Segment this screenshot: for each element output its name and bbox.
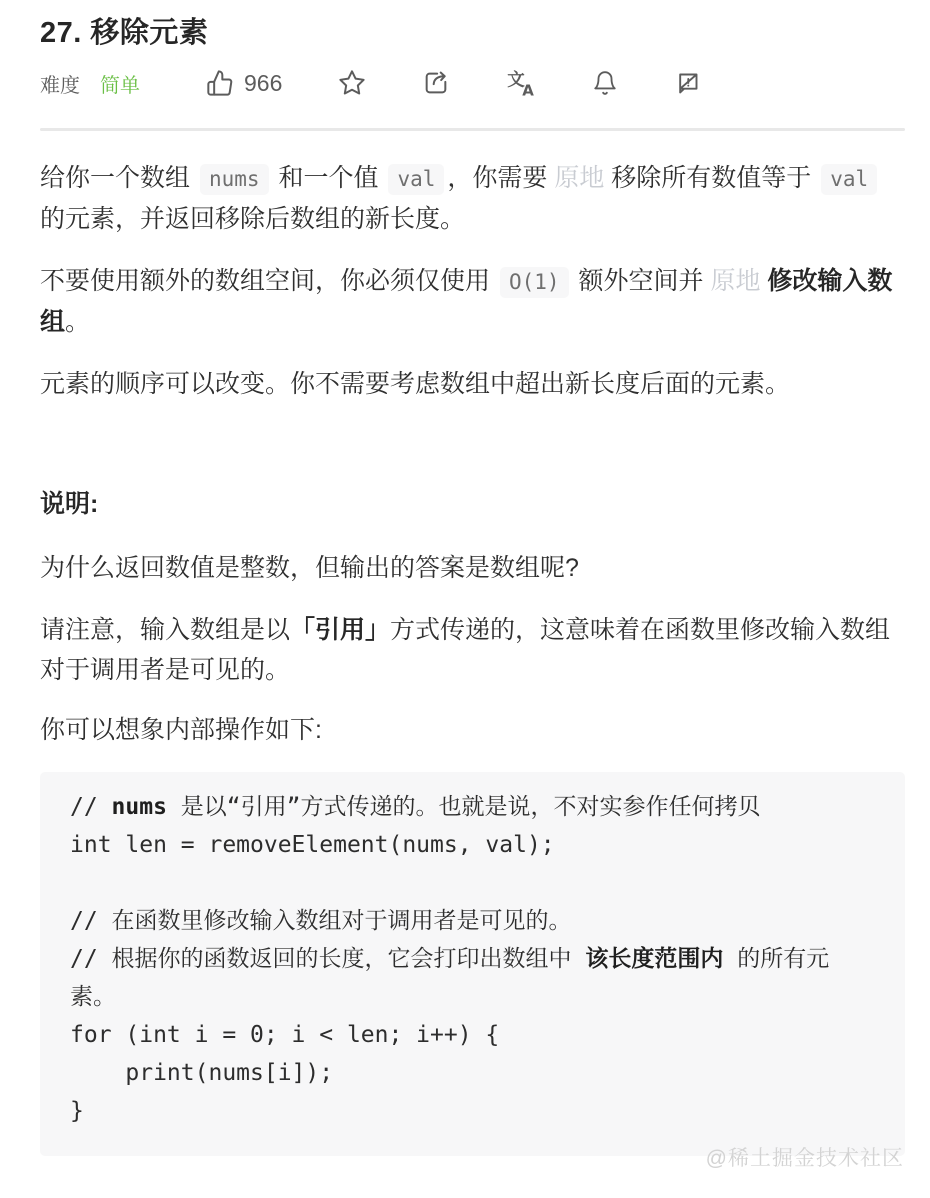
code-plain-text: print(nums[i]); [70,1060,333,1086]
divider [40,128,905,131]
like-count: 966 [244,70,282,97]
inline-code: O(1) [500,267,569,298]
code-plain-text: 是以“引用”方式传递的。也就是说，不对实参作任何拷贝 [167,794,761,820]
thumbs-up-icon [206,69,234,97]
inline-link[interactable]: 原地 [554,164,604,192]
code-line: int len = removeElement(nums, val); [70,826,873,864]
code-plain-text: int len = removeElement(nums, val); [70,832,555,858]
problem-page: 27. 移除元素 难度 简单 966 [0,10,930,1156]
difficulty-label: 难度 [40,69,80,98]
difficulty-badge: 简单 [100,69,140,98]
bell-icon [592,70,618,96]
translate-icon: 文 A [506,68,536,98]
star-icon [338,69,366,97]
favorite-button[interactable] [338,69,366,97]
code-bold-text: 该长度范围内 [585,946,723,972]
section-heading: 说明: [40,484,905,524]
bold-text: 「引用」 [290,616,390,644]
inline-link[interactable]: 原地 [710,267,760,295]
code-line: // nums 是以“引用”方式传递的。也就是说，不对实参作任何拷贝 [70,788,873,826]
code-line: } [70,1092,873,1130]
code-plain-text: for (int i = 0; i < len; i++) { [70,1022,499,1048]
paragraph-order-note: 元素的顺序可以改变。你不需要考虑数组中超出新长度后面的元素。 [40,364,905,404]
code-line: for (int i = 0; i < len; i++) { [70,1016,873,1054]
plain-text: 额外空间并 [572,267,711,295]
inline-code: val [821,164,877,195]
code-line: // 在函数里修改输入数组对于调用者是可见的。 [70,902,873,940]
plain-text: 给你一个数组 [40,164,197,192]
plain-text: 元素的顺序可以改变。你不需要考虑数组中超出新长度后面的元素。 [40,370,790,398]
plain-text: 和一个值 [272,164,386,192]
plain-text: ，你需要 [447,164,554,192]
plain-text: 请注意，输入数组是以 [40,616,290,644]
code-plain-text: } [70,1098,84,1124]
plain-text: 你可以想象内部操作如下: [40,716,322,744]
meta-toolbar: 难度 简单 966 [40,65,905,101]
code-bold-text: nums [112,794,167,820]
paragraph-statement: 给你一个数组 nums 和一个值 val，你需要 原地 移除所有数值等于 val… [40,158,905,239]
code-plain-text: // 根据你的函数返回的长度，它会打印出数组中 [70,946,585,972]
share-button[interactable] [422,69,450,97]
like-button[interactable]: 966 [206,69,282,97]
code-plain-text: // 在函数里修改输入数组对于调用者是可见的。 [70,908,572,934]
notification-button[interactable] [592,70,618,96]
plain-text: 移除所有数值等于 [604,164,818,192]
feedback-button[interactable] [674,70,701,97]
share-icon [422,69,450,97]
svg-text:A: A [523,82,535,99]
feedback-icon [674,70,701,97]
code-line: // 根据你的函数返回的长度，它会打印出数组中 该长度范围内 的所有元素。 [70,940,873,1016]
code-line [70,864,873,902]
paragraph-reference-note: 请注意，输入数组是以「引用」方式传递的，这意味着在函数里修改输入数组对于调用者是… [40,610,905,690]
plain-text: 不要使用额外的数组空间，你必须仅使用 [40,267,497,295]
problem-description: 给你一个数组 nums 和一个值 val，你需要 原地 移除所有数值等于 val… [40,158,905,1156]
plain-text: 的元素，并返回移除后数组的新长度。 [40,205,465,233]
watermark: @稀土掘金技术社区 [706,1142,904,1172]
paragraph-question: 为什么返回数值是整数，但输出的答案是数组呢? [40,548,905,588]
inline-code: nums [200,164,269,195]
translate-button[interactable]: 文 A [506,68,536,98]
code-line: print(nums[i]); [70,1054,873,1092]
code-plain-text: // [70,794,112,820]
plain-text: 。 [65,308,90,336]
paragraph-constraint: 不要使用额外的数组空间，你必须仅使用 O(1) 额外空间并 原地 修改输入数组。 [40,261,905,342]
problem-title: 27. 移除元素 [40,10,905,51]
paragraph-intro-code: 你可以想象内部操作如下: [40,710,905,750]
inline-code: val [388,164,444,195]
code-block: // nums 是以“引用”方式传递的。也就是说，不对实参作任何拷贝int le… [40,772,905,1156]
plain-text: 为什么返回数值是整数，但输出的答案是数组呢? [40,554,579,582]
